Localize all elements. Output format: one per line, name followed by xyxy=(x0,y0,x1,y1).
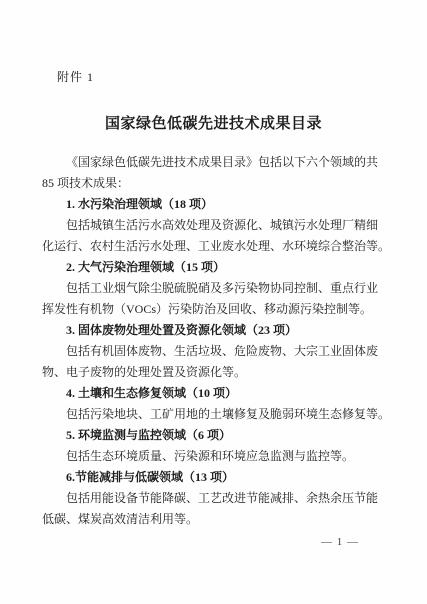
section-heading: 6.节能减排与低碳领域（13 项） xyxy=(42,467,380,488)
document-body: 《国家绿色低碳先进技术成果目录》包括以下六个领域的共 85 项技术成果： 1. … xyxy=(42,152,380,530)
page-number: — 1 — xyxy=(321,536,359,548)
text-line: 85 项技术成果： xyxy=(42,173,380,194)
section-heading: 3. 固体废物处理处置及资源化领域（23 项） xyxy=(42,320,380,341)
text-line: 《国家绿色低碳先进技术成果目录》包括以下六个领域的共 xyxy=(42,152,380,173)
section-heading: 5. 环境监测与监控领域（6 项） xyxy=(42,425,380,446)
text-line: 挥发性有机物（VOCs）污染防治及回收、移动源污染控制等。 xyxy=(42,299,380,320)
text-line: 物、电子废物的处理处置及资源化等。 xyxy=(42,362,380,383)
text-line: 包括生态环境质量、污染源和环境应急监测与监控等。 xyxy=(42,446,380,467)
text-line: 包括城镇生活污水高效处理及资源化、城镇污水处理厂精细 xyxy=(42,215,380,236)
section-heading: 2. 大气污染治理领域（15 项） xyxy=(42,257,380,278)
text-line: 化运行、农村生活污水处理、工业废水处理、水环境综合整治等。 xyxy=(42,236,380,257)
document-page: 附件 1 国家绿色低碳先进技术成果目录 《国家绿色低碳先进技术成果目录》包括以下… xyxy=(0,0,427,604)
text-line: 包括有机固体废物、生活垃圾、危险废物、大宗工业固体废 xyxy=(42,341,380,362)
text-line: 低碳、煤炭高效清洁利用等。 xyxy=(42,509,380,530)
section-heading: 4. 土壤和生态修复领域（10 项） xyxy=(42,383,380,404)
document-title: 国家绿色低碳先进技术成果目录 xyxy=(0,112,427,133)
text-line: 包括用能设备节能降碳、工艺改进节能减排、余热余压节能 xyxy=(42,488,380,509)
text-line: 包括工业烟气除尘脱硫脱硝及多污染物协同控制、重点行业 xyxy=(42,278,380,299)
attachment-label: 附件 1 xyxy=(57,68,94,85)
section-heading: 1. 水污染治理领域（18 项） xyxy=(42,194,380,215)
text-line: 包括污染地块、工矿用地的土壤修复及脆弱环境生态修复等。 xyxy=(42,404,380,425)
